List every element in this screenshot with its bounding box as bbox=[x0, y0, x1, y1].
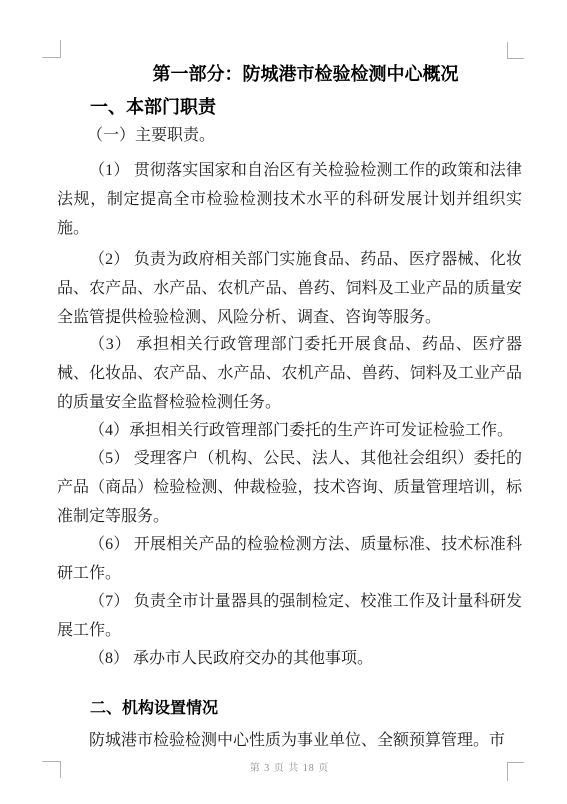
section-1-subheading: （一）主要职责。 bbox=[57, 124, 522, 148]
document-title: 第一部分：防城港市检验检测中心概况 bbox=[57, 61, 522, 87]
duty-item-1: （1） 贯彻落实国家和自治区有关检验检测工作的政策和法律法规，制定提高全市检验检… bbox=[57, 156, 522, 243]
duty-item-4: （4）承担相关行政管理部门委托的生产许可发证检验工作。 bbox=[57, 416, 522, 445]
text-boundary-mark-top-right bbox=[507, 42, 524, 59]
duty-item-5: （5） 受理客户（机构、公民、法人、其他社会组织）委托的产品（商品）检验检测、仲… bbox=[57, 444, 522, 531]
document-page: 第一部分：防城港市检验检测中心概况 一、本部门职责 （一）主要职责。 （1） 贯… bbox=[0, 0, 567, 804]
duty-item-6: （6） 开展相关产品的检验检测方法、质量标准、技术标准科研工作。 bbox=[57, 530, 522, 588]
duty-item-2: （2） 负责为政府相关部门实施食品、药品、医疗器械、化妆品、农产品、水产品、农机… bbox=[57, 245, 522, 332]
duty-item-7: （7） 负责全市计量器具的强制检定、校准工作及计量科研发展工作。 bbox=[57, 587, 522, 645]
page-number-footer: 第 3 页 共 18 页 bbox=[57, 762, 522, 776]
text-boundary-mark-top-left bbox=[42, 40, 61, 58]
duty-item-3: （3） 承担相关行政管理部门委托开展食品、药品、医疗器械、化妆品、农产品、水产品… bbox=[57, 330, 522, 417]
duty-item-8: （8） 承办市人民政府交办的其他事项。 bbox=[57, 644, 522, 673]
section-1-heading: 一、本部门职责 bbox=[57, 95, 522, 119]
section-2-heading: 二、机构设置情况 bbox=[57, 697, 522, 721]
section-2-paragraph: 防城港市检验检测中心性质为事业单位、全额预算管理。市 bbox=[57, 726, 522, 755]
